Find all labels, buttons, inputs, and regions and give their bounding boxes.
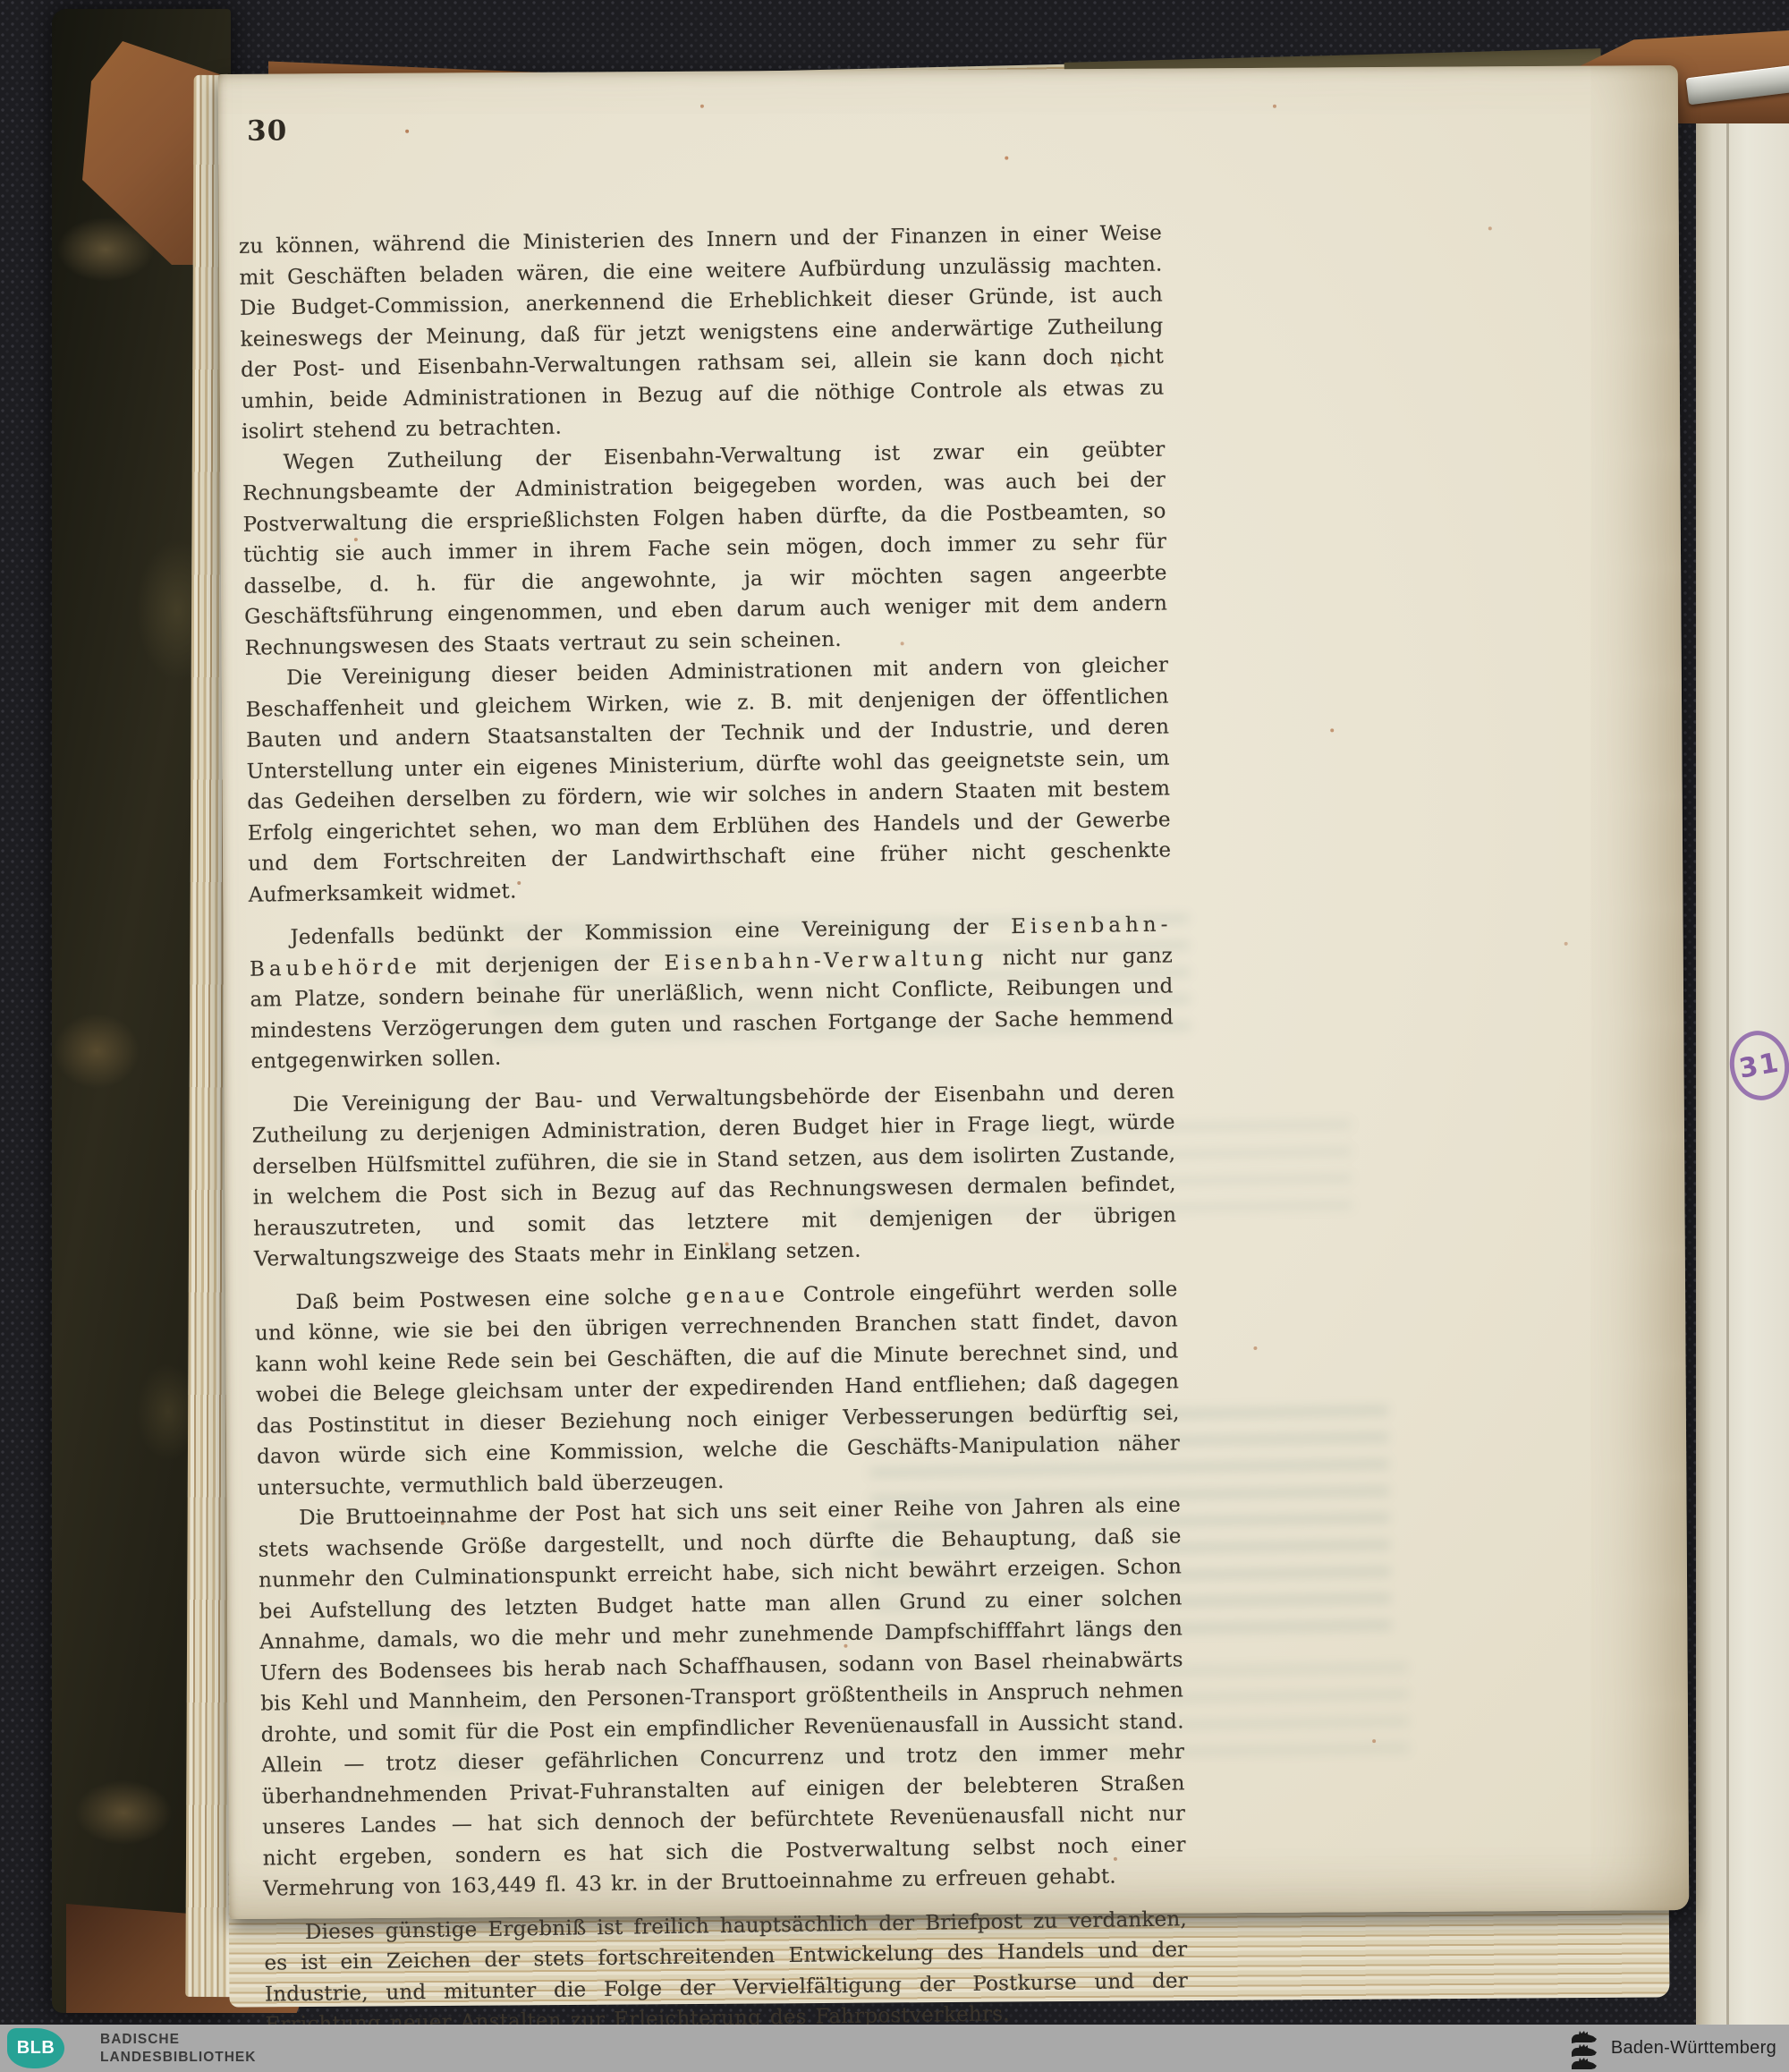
text-run: Dieses günstige Ergebniß ist freilich ha… [264,1907,1188,2037]
paper-speckles [218,74,220,76]
text-run: Wegen Zutheilung der Eisenbahn-Verwaltun… [242,437,1167,659]
text-run: Die Bruttoeinnahme der Post hat sich uns… [258,1493,1185,1900]
facing-page-crease [1726,97,1729,2025]
paragraph: Wegen Zutheilung der Eisenbahn-Verwaltun… [242,434,1167,664]
text-run: mit derjenigen der [421,951,665,978]
blb-logo: BLB [7,2028,64,2068]
library-name-line1: BADISCHE [100,2031,256,2049]
library-name-line2: LANDESBIBLIOTHEK [100,2049,256,2067]
page-number: 30 [247,115,287,148]
paragraph: Jedenfalls bedünkt der Kommission eine V… [249,909,1174,1077]
paragraph: zu können, während die Ministerien des I… [239,218,1165,448]
scanned-page: 30 zu können, während die Ministerien de… [218,65,1690,1919]
letterspaced-term: genaue [686,1283,790,1308]
book-scan-viewer: 30 zu können, während die Ministerien de… [0,0,1789,2072]
text-run: Jedenfalls bedünkt der Kommission eine V… [290,915,1011,949]
library-name: BADISCHE LANDESBIBLIOTHEK [100,2031,256,2067]
stamp-number: 31 [1736,1047,1782,1084]
footer-bar: BLB BADISCHE LANDESBIBLIOTHEK Baden-Würt… [0,2025,1789,2072]
text-block: zu können, während die Ministerien des I… [239,218,1189,2042]
text-run: Daß beim Postwesen eine solche [295,1285,686,1313]
paragraph: Die Vereinigung dieser beiden Administra… [245,650,1172,911]
coat-of-arms-icon [1568,2028,1600,2069]
text-run: Die Vereinigung dieser beiden Administra… [246,654,1172,907]
paragraph: Dieses günstige Ergebniß ist freilich ha… [264,1904,1189,2041]
text-run: zu können, während die Ministerien des I… [239,222,1165,444]
blb-logo-text: BLB [17,2038,55,2059]
state-brand: Baden-Württemberg [1568,2025,1776,2072]
state-name: Baden-Württemberg [1611,2038,1776,2059]
paragraph: Die Bruttoeinnahme der Post hat sich uns… [258,1490,1187,1905]
text-run: Die Vereinigung der Bau- und Verwaltungs… [252,1080,1177,1271]
letterspaced-term: Eisenbahn-Verwaltung [664,947,988,974]
paragraph: Die Vereinigung der Bau- und Verwaltungs… [251,1076,1177,1275]
paragraph: Daß beim Postwesen eine solche genaue Co… [254,1274,1180,1504]
